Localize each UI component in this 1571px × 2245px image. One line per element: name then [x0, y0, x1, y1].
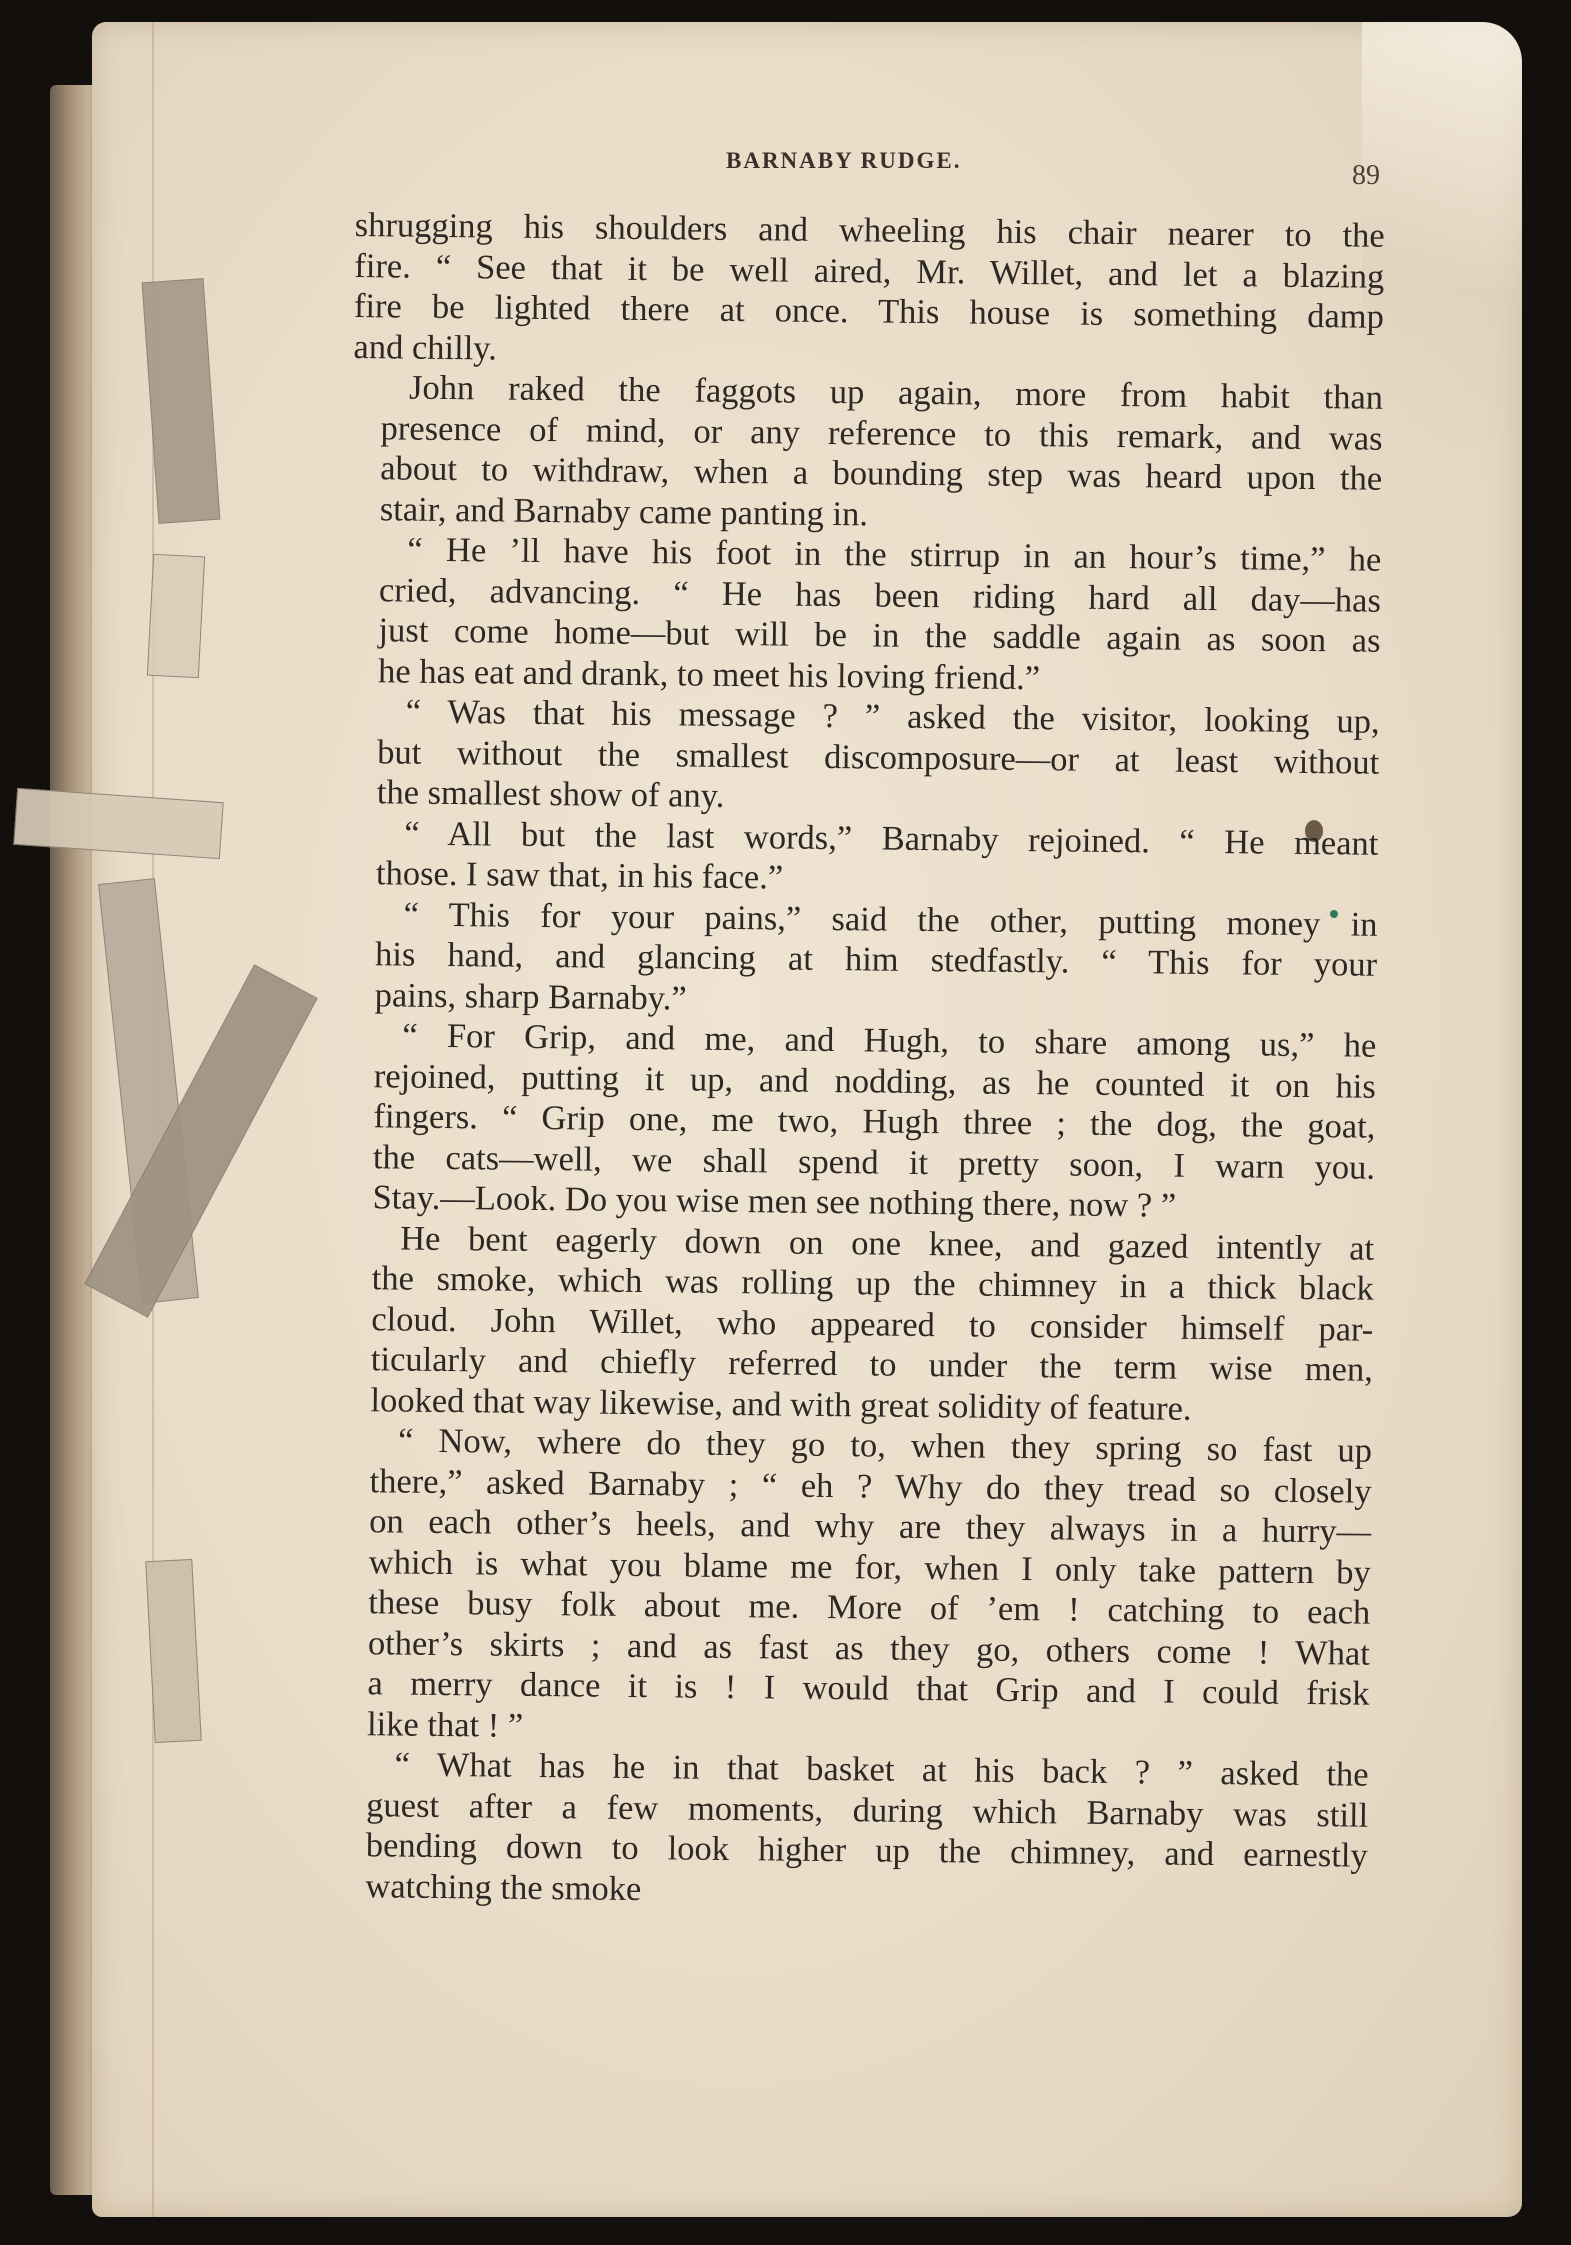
paragraph: He bent eagerly down on one knee, and ga… — [342, 1217, 1374, 1430]
paragraph: shrugging his shoulders and wheeling his… — [353, 205, 1385, 378]
paragraph: “ All but the last words,” Barnaby rejoi… — [348, 812, 1379, 904]
paragraph: “ This for your pains,” said the other, … — [347, 893, 1378, 1025]
dog-eared-corner — [1362, 22, 1522, 442]
paragraph: John raked the faggots up again, more fr… — [352, 367, 1384, 540]
torn-binding-tape — [145, 1559, 201, 1743]
paragraph: “ Now, where do they go to, when they sp… — [339, 1420, 1372, 1755]
paragraph: “ Was that his message ? ” asked the vis… — [349, 691, 1380, 823]
torn-binding-tape — [147, 554, 205, 679]
paragraph: “ For Grip, and me, and Hugh, to share a… — [344, 1015, 1376, 1228]
running-head: BARNABY RUDGE. — [726, 148, 961, 174]
paragraph: “ He ’ll have his foot in the stirrup in… — [350, 529, 1382, 702]
body-text: shrugging his shoulders and wheeling his… — [337, 205, 1385, 1917]
page-number: 89 — [1352, 160, 1380, 192]
paragraph: “ What has he in that basket at his back… — [337, 1744, 1369, 1917]
